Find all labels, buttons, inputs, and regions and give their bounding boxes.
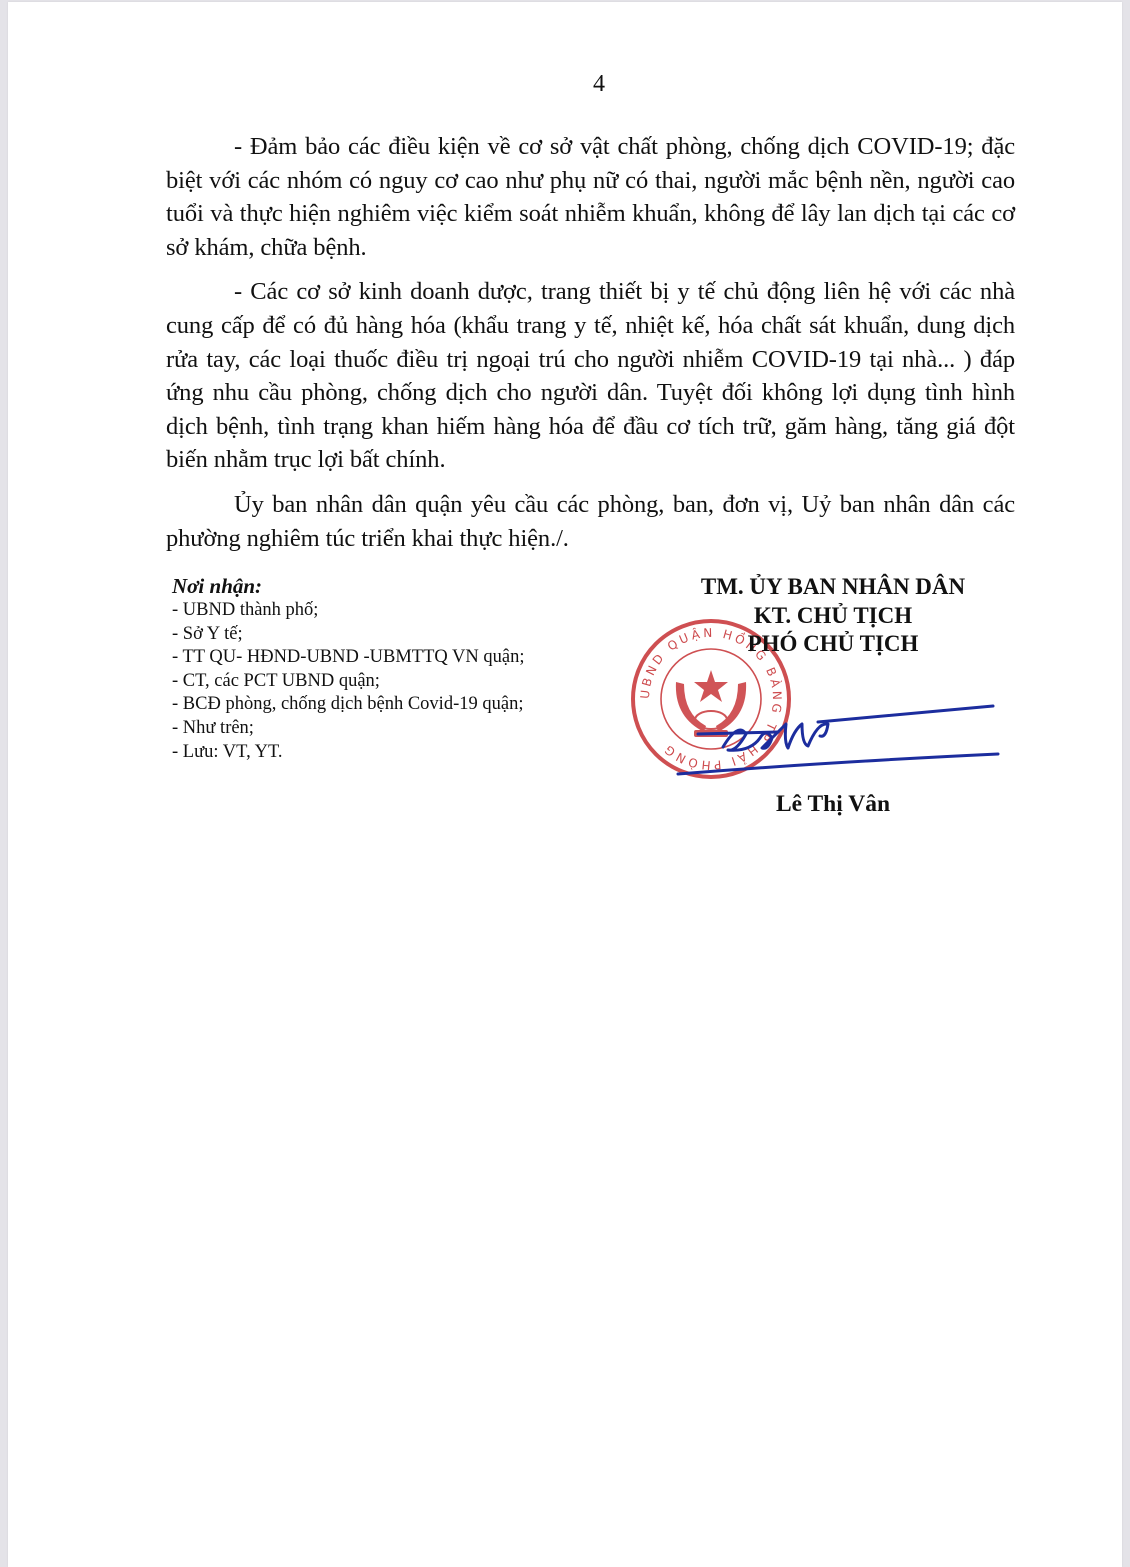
recipient-item: - TT QU- HĐND-UBND -UBMTTQ VN quận; [172,646,602,670]
paragraph-facilities: - Đảm bảo các điều kiện về cơ sở vật chấ… [166,130,1015,264]
signature-title-line: TM. ỦY BAN NHÂN DÂN [648,573,1018,602]
signature-title-line: KT. CHỦ TỊCH [648,602,1018,631]
recipient-item: - CT, các PCT UBND quận; [172,670,602,694]
recipient-item: - UBND thành phố; [172,599,602,623]
document-content: 4 - Đảm bảo các điều kiện về cơ sở vật c… [8,2,1122,1567]
handwritten-signature [668,692,1018,782]
signature-block: TM. ỦY BAN NHÂN DÂN KT. CHỦ TỊCH PHÓ CHỦ… [648,573,1018,659]
recipient-item: - Như trên; [172,717,602,741]
signature-title-line: PHÓ CHỦ TỊCH [648,630,1018,659]
recipients-title: Nơi nhận: [172,573,602,599]
recipient-item: - BCĐ phòng, chống dịch bệnh Covid-19 qu… [172,693,602,717]
paragraph-closing: Ủy ban nhân dân quận yêu cầu các phòng, … [166,488,1015,555]
document-body: - Đảm bảo các điều kiện về cơ sở vật chấ… [166,130,1015,566]
signer-name: Lê Thị Vân [648,789,1018,819]
recipients-list: - UBND thành phố; - Sở Y tế; - TT QU- HĐ… [172,599,602,764]
paragraph-pharmacies: - Các cơ sở kinh doanh dược, trang thiết… [166,275,1015,477]
recipient-item: - Lưu: VT, YT. [172,741,602,765]
page-number: 4 [8,70,1130,98]
recipient-item: - Sở Y tế; [172,623,602,647]
document-page: 4 - Đảm bảo các điều kiện về cơ sở vật c… [8,2,1122,1567]
recipients-block: Nơi nhận: - UBND thành phố; - Sở Y tế; -… [172,573,602,764]
